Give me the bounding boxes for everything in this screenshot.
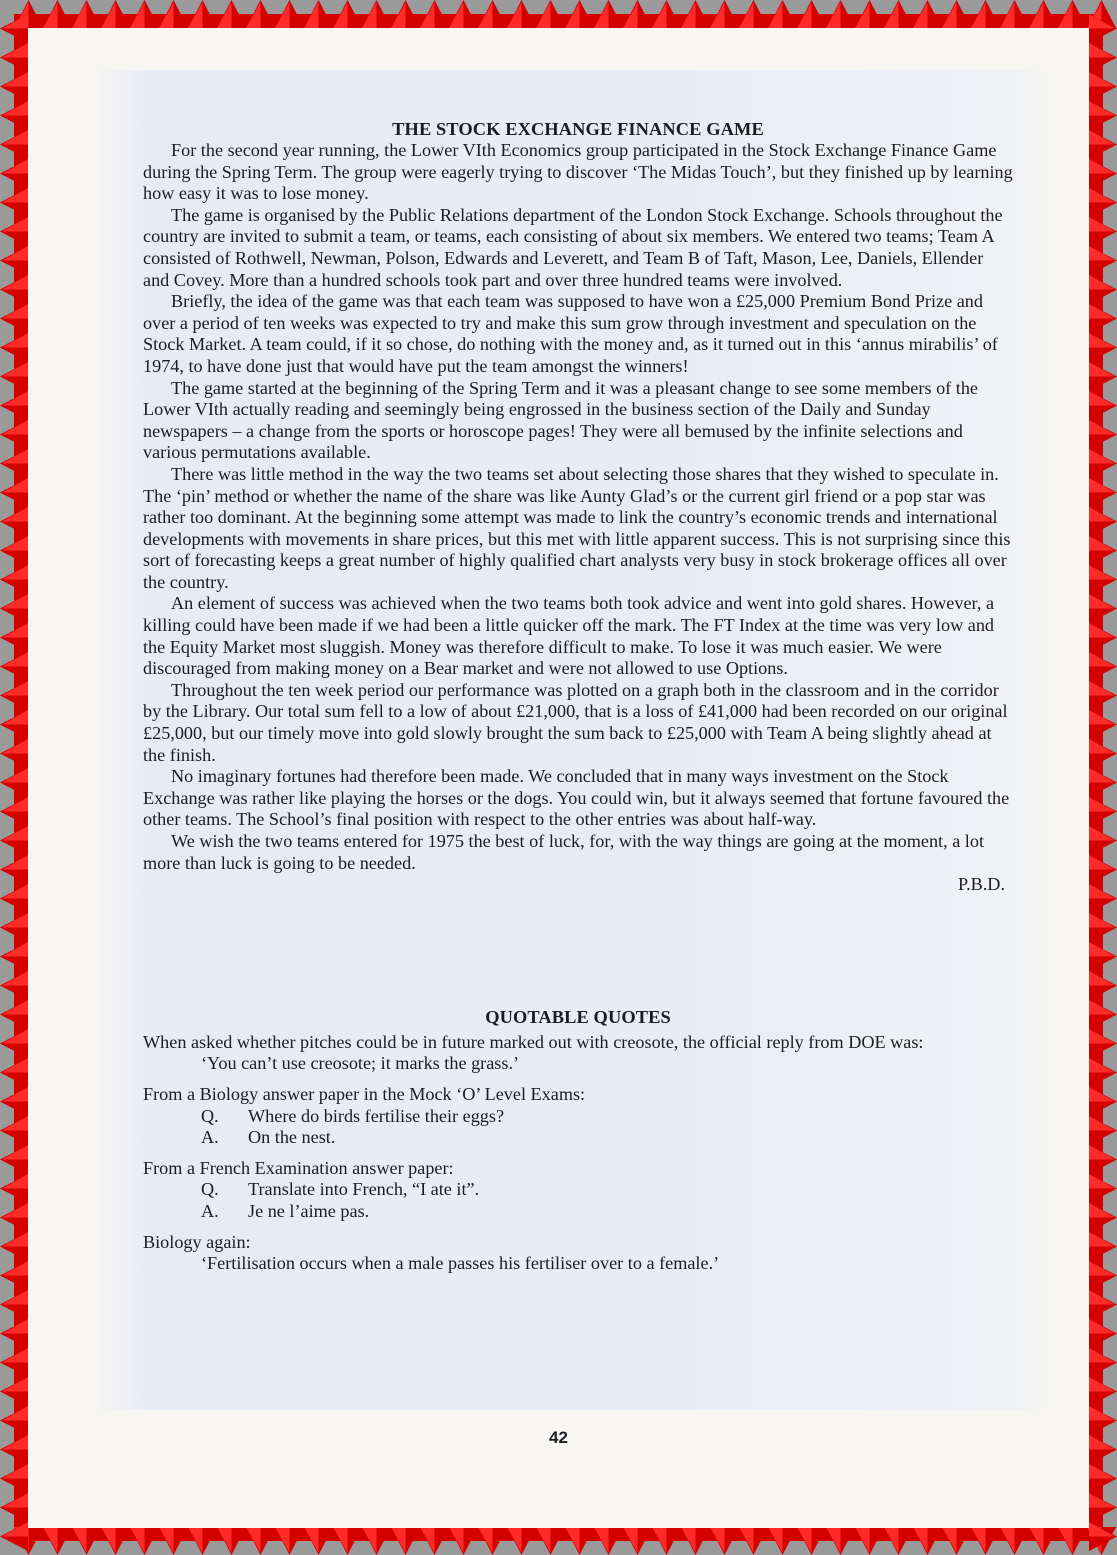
quote-item: When asked whether pitches could be in f… xyxy=(143,1032,1013,1075)
question-text: Where do birds fertilise their eggs? xyxy=(248,1106,504,1128)
article-paragraph: There was little method in the way the t… xyxy=(143,464,1013,594)
article-paragraph: Throughout the ten week period our perfo… xyxy=(143,680,1013,766)
quote-intro: From a French Examination answer paper: xyxy=(143,1158,1013,1180)
quote-intro: Biology again: xyxy=(143,1232,1013,1254)
answer-label: A. xyxy=(201,1127,248,1149)
article-paragraph: The game started at the beginning of the… xyxy=(143,378,1013,464)
article-paragraph: No imaginary fortunes had therefore been… xyxy=(143,766,1013,831)
question-label: Q. xyxy=(201,1106,248,1128)
article-body: For the second year running, the Lower V… xyxy=(143,140,1013,874)
answer-line: A. Je ne l’aime pas. xyxy=(201,1201,1013,1223)
quote-item: From a Biology answer paper in the Mock … xyxy=(143,1084,1013,1149)
article-paragraph: We wish the two teams entered for 1975 t… xyxy=(143,831,1013,874)
article-paragraph: The game is organised by the Public Rela… xyxy=(143,205,1013,291)
author-signature: P.B.D. xyxy=(143,874,1013,896)
quote-text: ‘Fertilisation occurs when a male passes… xyxy=(201,1253,1013,1275)
question-line: Q. Where do birds fertilise their eggs? xyxy=(201,1106,1013,1128)
article-paragraph: An element of success was achieved when … xyxy=(143,593,1013,679)
article-paragraph: Briefly, the idea of the game was that e… xyxy=(143,291,1013,377)
quote-item: Biology again: ‘Fertilisation occurs whe… xyxy=(143,1232,1013,1275)
question-text: Translate into French, “I ate it”. xyxy=(248,1179,479,1201)
quote-intro: From a Biology answer paper in the Mock … xyxy=(143,1084,1013,1106)
answer-text: Je ne l’aime pas. xyxy=(248,1201,369,1223)
article-title: THE STOCK EXCHANGE FINANCE GAME xyxy=(143,118,1013,140)
question-label: Q. xyxy=(201,1179,248,1201)
answer-line: A. On the nest. xyxy=(201,1127,1013,1149)
page-content: THE STOCK EXCHANGE FINANCE GAME For the … xyxy=(143,118,1013,1284)
page-number: 42 xyxy=(0,1428,1117,1448)
quote-item: From a French Examination answer paper: … xyxy=(143,1158,1013,1223)
answer-text: On the nest. xyxy=(248,1127,335,1149)
question-line: Q. Translate into French, “I ate it”. xyxy=(201,1179,1013,1201)
quotes-title: QUOTABLE QUOTES xyxy=(143,1006,1013,1028)
article-paragraph: For the second year running, the Lower V… xyxy=(143,140,1013,205)
answer-label: A. xyxy=(201,1201,248,1223)
quote-text: ‘You can’t use creosote; it marks the gr… xyxy=(201,1053,1013,1075)
quote-intro: When asked whether pitches could be in f… xyxy=(143,1032,1013,1054)
